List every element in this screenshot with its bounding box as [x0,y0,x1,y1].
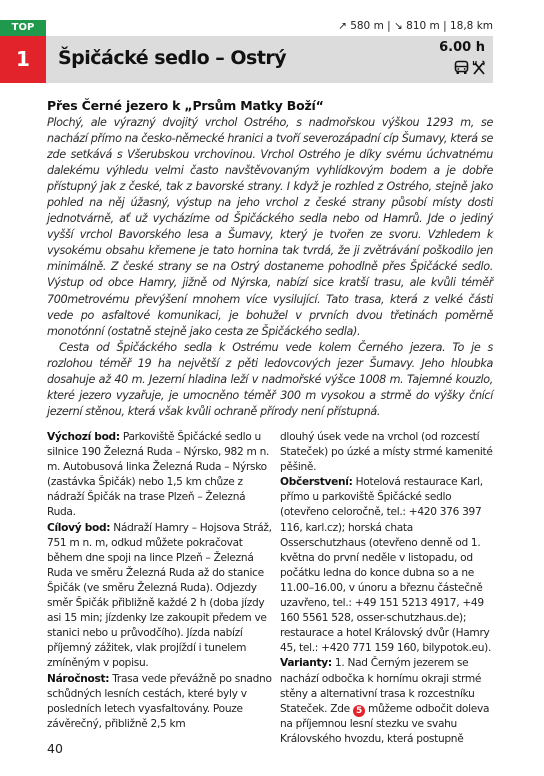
fork-knife-icon [472,60,486,75]
info-label: Občerstvení: [280,476,353,488]
intro-paragraph: Plochý, ale výrazný dvojitý vrchol Ostré… [47,115,493,340]
bus-icon [454,60,469,75]
page-number: 40 [47,741,63,756]
intro-paragraph: Cesta od Špičáckého sedla k Ostrému vede… [47,340,493,420]
variants: Varianty: 1. Nad Černým jezerem se nachá… [280,656,496,747]
refreshments: Občerstvení: Hotelová restaurace Karl, p… [280,475,496,656]
route-stats: ↗ 580 m | ↘ 810 m | 18,8 km [338,20,493,32]
info-label: Náročnost: [47,673,109,685]
info-label: Výchozí bod: [47,431,120,443]
difficulty-continued: dlouhý úsek vede na vrchol (od rozcestí … [280,430,496,475]
info-label: Varianty: [280,657,332,669]
intro-text: Plochý, ale výrazný dvojitý vrchol Ostré… [47,115,493,420]
amenity-icons [454,60,486,75]
info-column-left: Výchozí bod: Parkoviště Špičácké sedlo u… [47,430,273,732]
top-badge: TOP [0,20,46,36]
info-column-right: dlouhý úsek vede na vrchol (od rozcestí … [280,430,496,747]
route-title: Špičácké sedlo – Ostrý [58,47,286,69]
section-subtitle: Přes Černé jezero k „Prsům Matky Boží“ [47,98,324,113]
difficulty: Náročnost: Trasa vede převážně po snadno… [47,672,273,732]
info-label: Cílový bod: [47,522,110,534]
end-point: Cílový bod: Nádraží Hamry – Hojsova Strá… [47,521,273,672]
title-bar: Špičácké sedlo – Ostrý 6.00 h [46,36,493,83]
route-number: 1 [0,36,46,83]
start-point: Výchozí bod: Parkoviště Špičácké sedlo u… [47,430,273,521]
route-duration: 6.00 h [439,40,485,55]
waypoint-marker: 5 [353,705,365,717]
